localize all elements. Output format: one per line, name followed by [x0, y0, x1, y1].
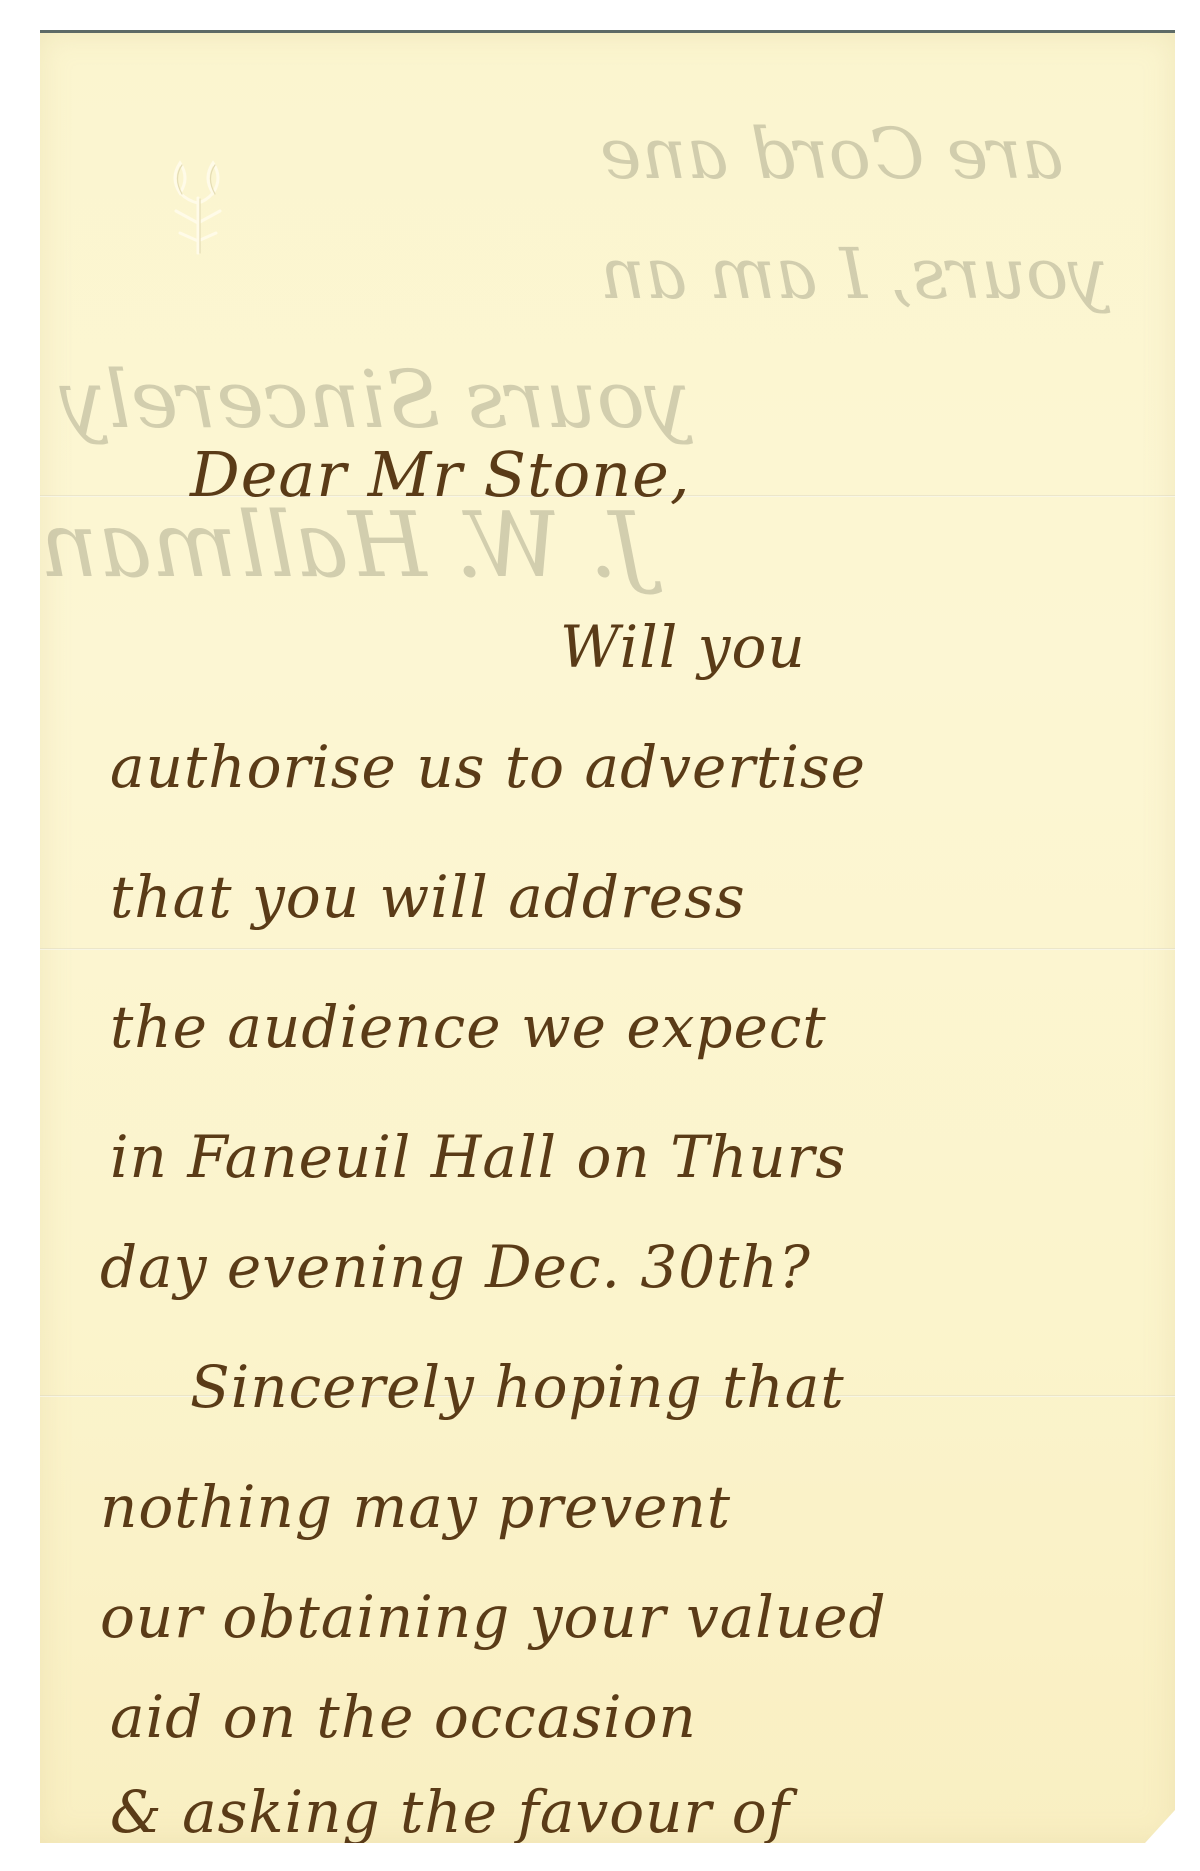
letter-line: in Faneuil Hall on Thurs [110, 1123, 846, 1191]
letter-line: authorise us to advertise [110, 733, 866, 801]
letter-line: day evening Dec. 30th? [100, 1233, 811, 1301]
letter-line: that you will address [110, 863, 746, 931]
letter-page: are Cord ane yours, I am an yours Sincer… [40, 30, 1175, 1843]
letter-line: our obtaining your valued [100, 1583, 887, 1651]
letter-line: aid on the occasion [110, 1683, 697, 1751]
letter-salutation: Dear Mr Stone, [190, 438, 691, 511]
embossed-flower-icon [158, 153, 238, 263]
letter-line: Will you [560, 613, 806, 681]
bleed-through-text: are Cord ane [600, 113, 1063, 195]
letter-line: Sincerely hoping that [190, 1353, 845, 1421]
letter-line: nothing may prevent [100, 1473, 731, 1541]
bleed-through-text: yours Sincerely [60, 353, 690, 446]
letter-line: & asking the favour of [110, 1778, 790, 1846]
fold-line [40, 948, 1175, 950]
letter-line: the audience we expect [110, 993, 827, 1061]
bleed-through-text: yours, I am an [600, 233, 1108, 315]
